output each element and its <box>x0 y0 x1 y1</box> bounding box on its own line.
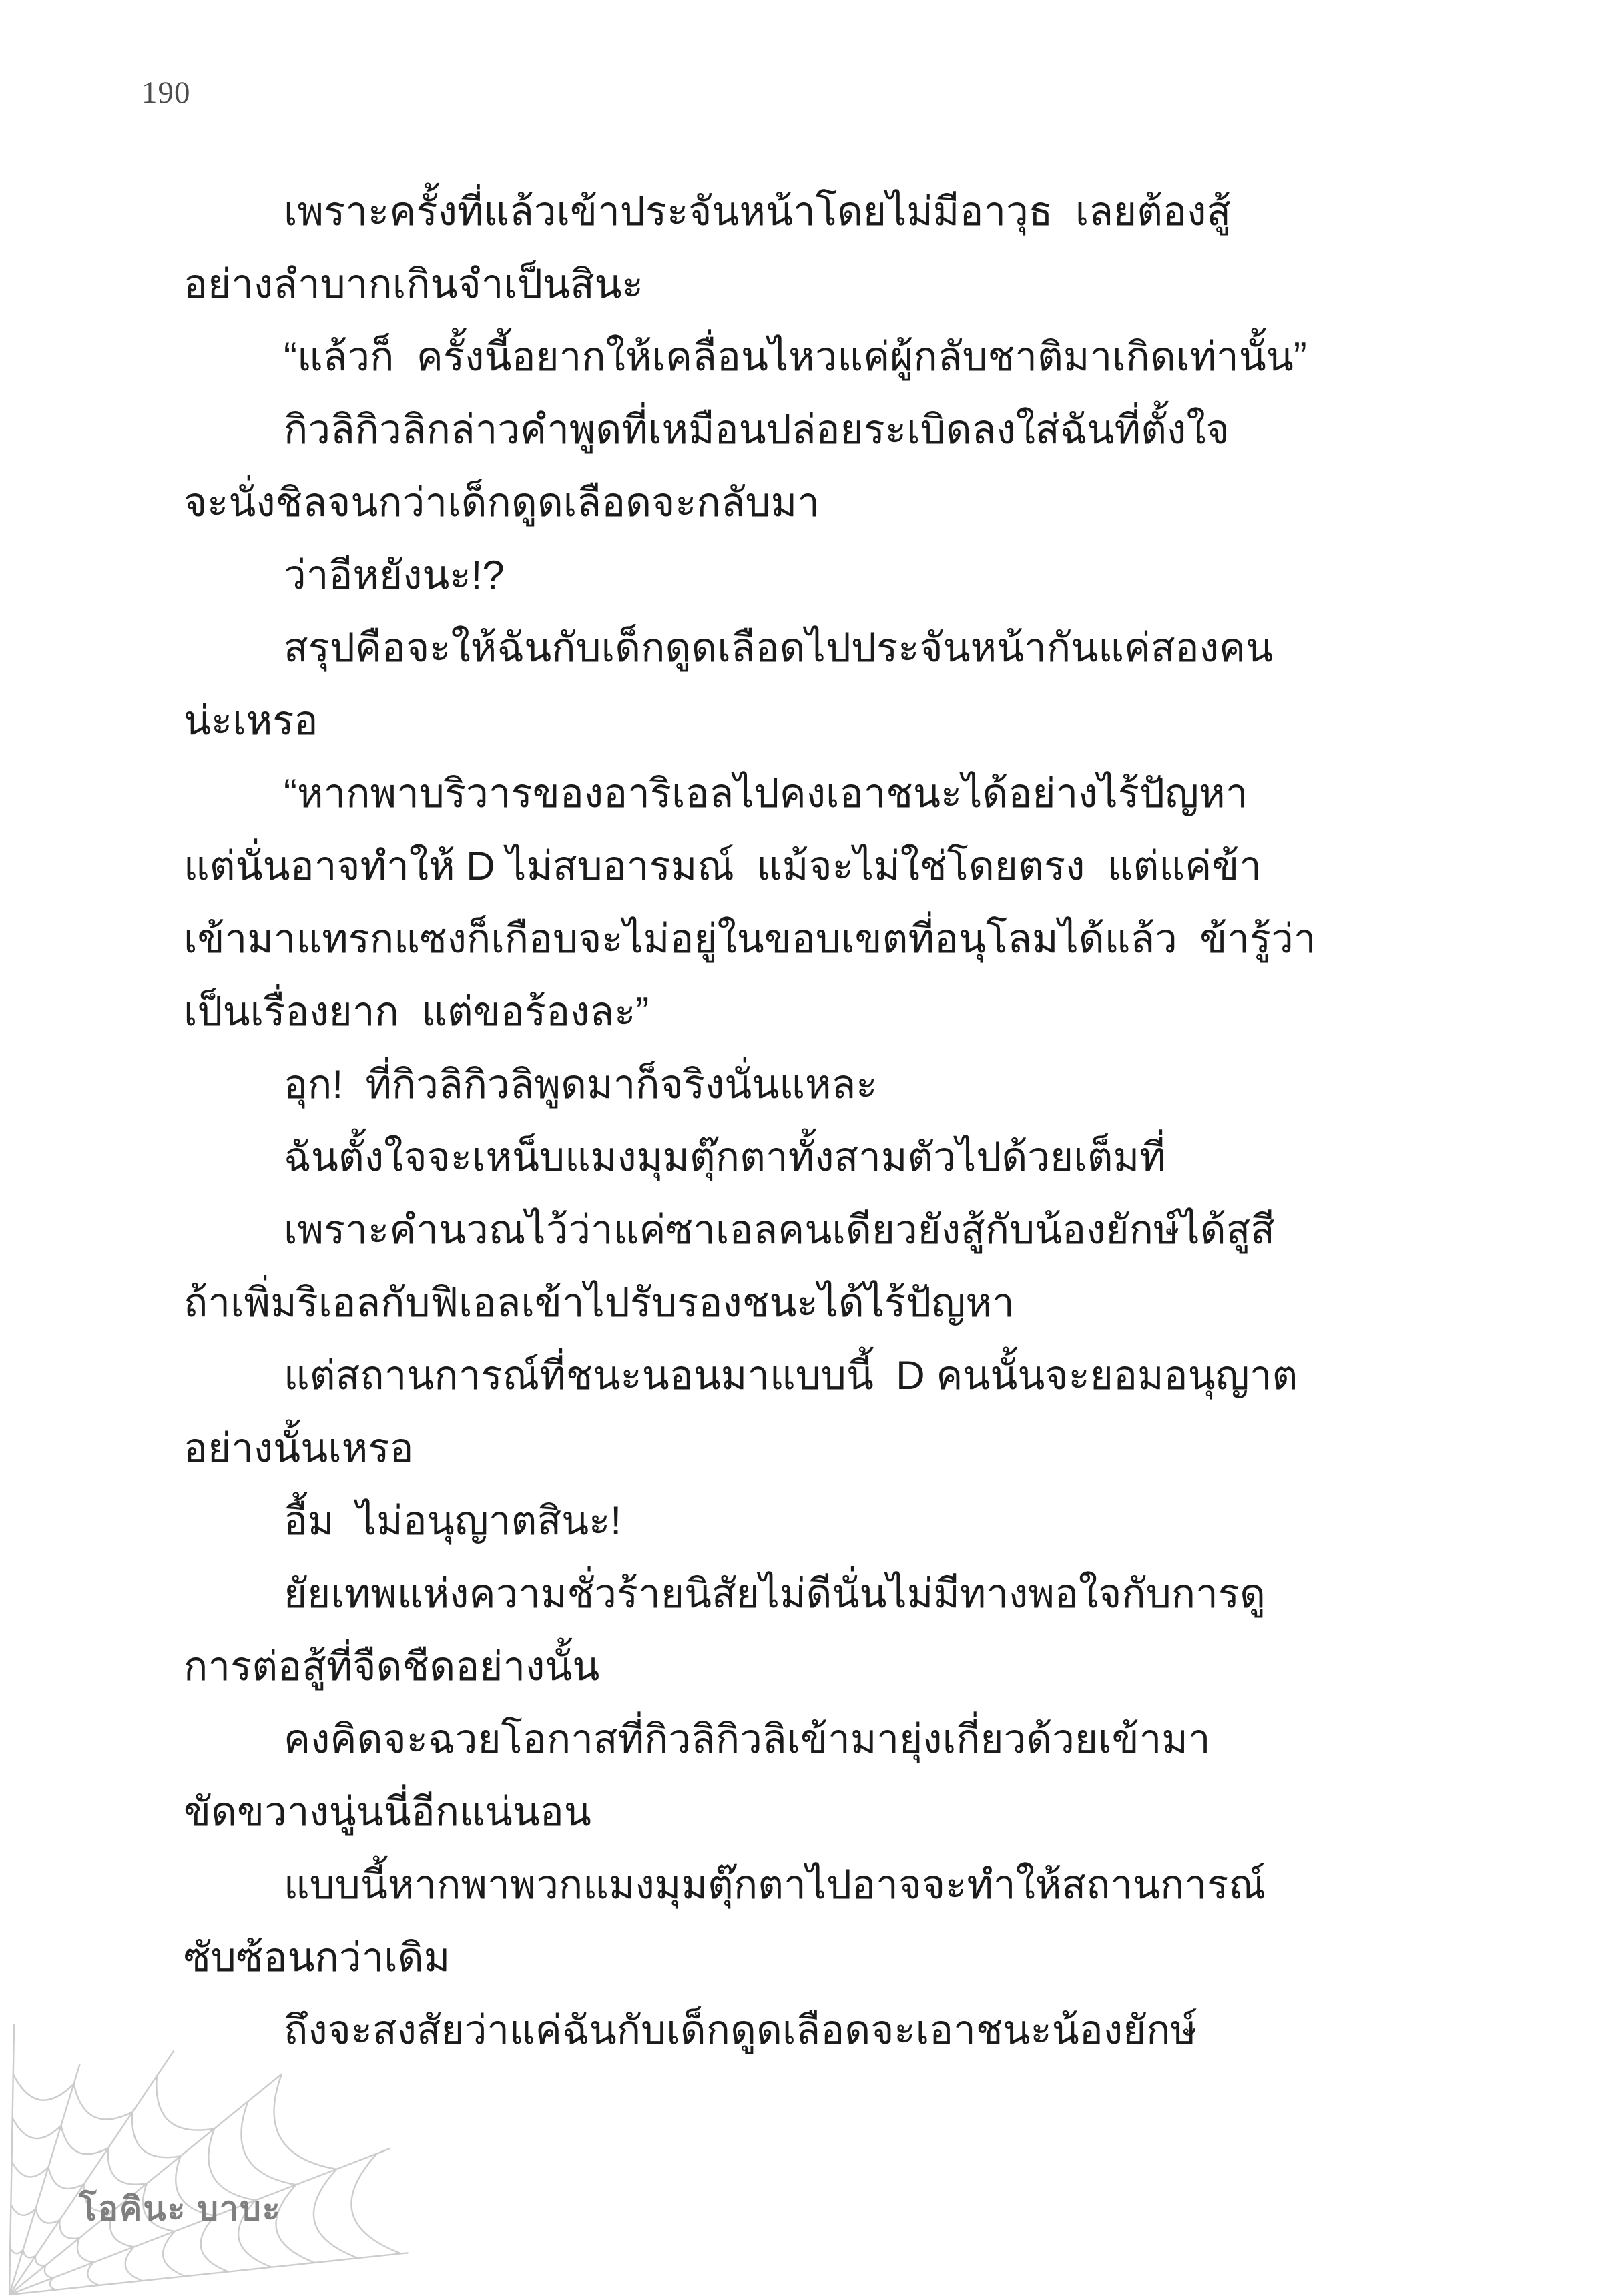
text-line: สรุปคือจะให้ฉันกับเด็กดูดเลือดไปประจันหน… <box>184 611 1430 684</box>
text-line: ถ้าเพิ่มริเอลกับฟิเอลเข้าไปรับรองชนะได้ไ… <box>184 1266 1430 1339</box>
text-line: ซับซ้อนกว่าเดิม <box>184 1921 1430 1994</box>
text-line: คงคิดจะฉวยโอกาสที่กิวลิกิวลิเข้ามายุ่งเก… <box>184 1703 1430 1775</box>
text-line: อย่างนั้นเหรอ <box>184 1412 1430 1484</box>
text-line: แต่สถานการณ์ที่ชนะนอนมาแบบนี้ D คนนั้นจะ… <box>184 1339 1430 1412</box>
text-line: การต่อสู้ที่จืดชืดอย่างนั้น <box>184 1630 1430 1703</box>
text-line: จะนั่งชิลจนกว่าเด็กดูดเลือดจะกลับมา <box>184 466 1430 539</box>
text-line: แต่นั่นอาจทำให้ D ไม่สบอารมณ์ แม้จะไม่ใช… <box>184 830 1430 902</box>
page-number: 190 <box>142 75 191 111</box>
text-line: เพราะครั้งที่แล้วเข้าประจันหน้าโดยไม่มีอ… <box>184 175 1430 248</box>
text-line: กิวลิกิวลิกล่าวคำพูดที่เหมือนปล่อยระเบิด… <box>184 393 1430 466</box>
text-line: เข้ามาแทรกแซงก็เกือบจะไม่อยู่ในขอบเขตที่… <box>184 902 1430 975</box>
text-line: ว่าอีหยังนะ!? <box>184 539 1430 611</box>
text-line: แบบนี้หากพาพวกแมงมุมตุ๊กตาไปอาจจะทำให้สถ… <box>184 1848 1430 1921</box>
text-line: เพราะคำนวณไว้ว่าแค่ซาเอลคนเดียวยังสู้กับ… <box>184 1193 1430 1266</box>
text-line: “แล้วก็ ครั้งนี้อยากให้เคลื่อนไหวแค่ผู้ก… <box>184 320 1430 393</box>
body-text-block: เพราะครั้งที่แล้วเข้าประจันหน้าโดยไม่มีอ… <box>184 175 1430 2066</box>
text-line: ฉันตั้งใจจะเหน็บแมงมุมตุ๊กตาทั้งสามตัวไป… <box>184 1121 1430 1193</box>
text-line: เป็นเรื่องยาก แต่ขอร้องละ” <box>184 975 1430 1048</box>
text-line: น่ะเหรอ <box>184 684 1430 757</box>
text-line: ยัยเทพแห่งความชั่วร้ายนิสัยไม่ดีนั่นไม่ม… <box>184 1557 1430 1630</box>
text-line: อย่างลำบากเกินจำเป็นสินะ <box>184 248 1430 320</box>
author-watermark: โอคินะ บาบะ <box>79 2183 282 2235</box>
spider-web-icon <box>0 2002 414 2296</box>
text-line: ขัดขวางนู่นนี่อีกแน่นอน <box>184 1775 1430 1848</box>
text-line: อื้ม ไม่อนุญาตสินะ! <box>184 1484 1430 1557</box>
text-line: อุก! ที่กิวลิกิวลิพูดมาก็จริงนั่นแหละ <box>184 1048 1430 1121</box>
text-line: “หากพาบริวารของอาริเอลไปคงเอาชนะได้อย่าง… <box>184 757 1430 830</box>
